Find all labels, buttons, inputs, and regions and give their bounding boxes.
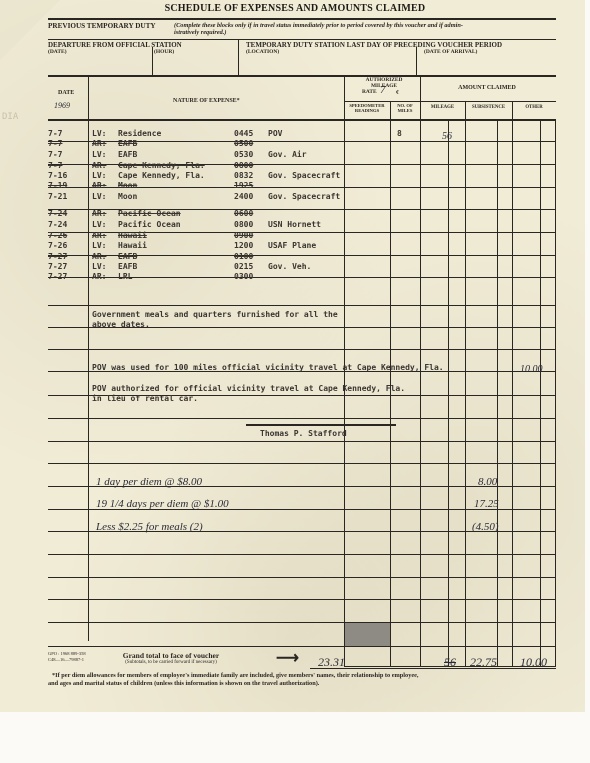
grid-row-rule bbox=[48, 441, 556, 442]
entry-action: LV: bbox=[92, 241, 106, 250]
rate-value: 7 bbox=[380, 84, 386, 96]
entry-date: 7-21 bbox=[48, 192, 67, 201]
subsistence-header: SUBSISTENCE bbox=[465, 105, 512, 110]
grid-row-rule bbox=[48, 349, 556, 350]
footnote: *If per diem allowances for members of e… bbox=[52, 672, 419, 679]
divider bbox=[416, 47, 417, 75]
side-mark: DIA bbox=[2, 112, 18, 122]
entry-place: Hawaii bbox=[118, 241, 147, 250]
remark-pov-used: POV was used for 100 miles official vici… bbox=[92, 363, 444, 372]
entry-mode: Gov. Spacecraft bbox=[268, 192, 340, 201]
grid-line bbox=[88, 76, 89, 641]
entry-date: 7-24 bbox=[48, 220, 67, 229]
entry-date: 7-19 bbox=[48, 181, 67, 190]
entry-place: LRL bbox=[118, 272, 132, 281]
col-date-header: DATE bbox=[58, 90, 74, 96]
grand-total-label: Grand total to face of voucher bbox=[106, 651, 236, 660]
entry-time: 0800 bbox=[234, 161, 253, 170]
entry-date: 7-27 bbox=[48, 252, 67, 261]
entry-time: 0445 bbox=[234, 129, 253, 138]
title-rule bbox=[48, 18, 556, 20]
grid-row-rule bbox=[48, 646, 556, 647]
signature-name: Thomas P. Stafford bbox=[260, 429, 347, 438]
entry-place: EAFB bbox=[118, 139, 137, 148]
entry-action: LV: bbox=[92, 192, 106, 201]
grid-line bbox=[555, 120, 556, 666]
grid-row-rule bbox=[48, 463, 556, 464]
tdy-location-label: (LOCATION) bbox=[246, 49, 279, 55]
entry-mode: USAF Plane bbox=[268, 241, 316, 250]
entry-time: 2400 bbox=[234, 192, 253, 201]
entry-action: AR: bbox=[92, 181, 106, 190]
entry-mode: USN Hornett bbox=[268, 220, 321, 229]
entry-date: 7-26 bbox=[48, 231, 67, 240]
entry-action: AR: bbox=[92, 139, 106, 148]
signature-line bbox=[246, 424, 396, 426]
remark-meals: Government meals and quarters furnished … bbox=[92, 310, 338, 319]
departure-hour-label: (HOUR) bbox=[154, 49, 174, 55]
rule bbox=[344, 101, 556, 102]
handwritten-line: 19 1/4 days per diem @ $1.00 bbox=[96, 498, 229, 510]
entry-mileage-amount: 56 bbox=[442, 131, 452, 142]
entry-date: 7-16 bbox=[48, 171, 67, 180]
entry-place: EAFB bbox=[118, 150, 137, 159]
handwritten-amount: 8.00 bbox=[478, 476, 497, 488]
speedometer-header-2: READINGS bbox=[344, 108, 390, 113]
header-bottom-rule bbox=[48, 119, 556, 121]
entry-time: 0530 bbox=[234, 150, 253, 159]
entry-action: AR: bbox=[92, 161, 106, 170]
rate-label: RATE bbox=[362, 89, 377, 95]
entry-action: LV: bbox=[92, 150, 106, 159]
entry-miles: 8 bbox=[397, 129, 402, 138]
entry-date: 7-7 bbox=[48, 161, 62, 170]
entry-date: 7-26 bbox=[48, 241, 67, 250]
remark-pov-authorized-2: in lieu of rental car. bbox=[92, 394, 198, 403]
entry-date: 7-7 bbox=[48, 150, 62, 159]
entry-time: 0800 bbox=[234, 220, 253, 229]
form-code: GPO : 1968 889-358 bbox=[48, 651, 86, 656]
page-title: SCHEDULE OF EXPENSES AND AMOUNTS CLAIMED bbox=[0, 3, 590, 14]
entry-action: LV: bbox=[92, 129, 106, 138]
departure-label: DEPARTURE FROM OFFICIAL STATION bbox=[48, 41, 182, 49]
col-nature-header: NATURE OF EXPENSE* bbox=[173, 98, 240, 104]
arrow-right-icon: ⟶ bbox=[276, 648, 299, 668]
total-underline bbox=[310, 668, 556, 669]
previous-duty-note-2: istratively required.) bbox=[174, 29, 226, 36]
mileage-header: MILEAGE bbox=[420, 105, 465, 110]
entry-place: Pacific Ocean bbox=[118, 220, 181, 229]
entry-place: Residence bbox=[118, 129, 161, 138]
entry-place: Cape Kennedy, Fla. bbox=[118, 161, 205, 170]
previous-duty-label: PREVIOUS TEMPORARY DUTY bbox=[48, 22, 156, 30]
entry-place: Pacific Ocean bbox=[118, 209, 181, 218]
grid-row-rule bbox=[48, 554, 556, 555]
entry-time: 1200 bbox=[234, 241, 253, 250]
grid-line bbox=[465, 101, 466, 666]
entry-time: 0600 bbox=[234, 209, 253, 218]
grid-row-rule bbox=[48, 599, 556, 600]
entry-mode: Gov. Veh. bbox=[268, 262, 311, 271]
grid-row-rule bbox=[48, 622, 556, 623]
handwritten-amount: 17.25 bbox=[474, 498, 499, 510]
grid-row-rule bbox=[48, 418, 556, 419]
entry-time: 1925 bbox=[234, 181, 253, 190]
entry-time: 0832 bbox=[234, 171, 253, 180]
entry-date: 7-27 bbox=[48, 262, 67, 271]
tdy-arrival-label: (DATE OF ARRIVAL) bbox=[424, 49, 477, 55]
amount-claimed-header: AMOUNT CLAIMED bbox=[418, 85, 556, 91]
entry-place: Hawaii bbox=[118, 231, 147, 240]
pov-used-amount: 10.00 bbox=[520, 364, 543, 375]
entry-date: 7-7 bbox=[48, 129, 62, 138]
entry-mode: Gov. Spacecraft bbox=[268, 171, 340, 180]
shaded-cell bbox=[345, 623, 390, 646]
grid-line bbox=[448, 120, 449, 666]
entry-time: 0100 bbox=[234, 252, 253, 261]
entry-place: Cape Kennedy, Fla. bbox=[118, 171, 205, 180]
grid-line bbox=[497, 120, 498, 666]
departure-date-label: (DATE) bbox=[48, 49, 67, 55]
grid-line bbox=[540, 120, 541, 666]
grid-row-rule bbox=[48, 577, 556, 578]
entry-action: LV: bbox=[92, 171, 106, 180]
entry-action: AR: bbox=[92, 209, 106, 218]
entry-action: LV: bbox=[92, 262, 106, 271]
entry-time: 0500 bbox=[234, 139, 253, 148]
rule bbox=[48, 75, 556, 77]
previous-duty-note: (Complete these blocks only if in travel… bbox=[174, 22, 463, 29]
entry-time: 0900 bbox=[234, 231, 253, 240]
tdy-station-label: TEMPORARY DUTY STATION LAST DAY OF PRECE… bbox=[246, 41, 502, 49]
handwritten-line: 1 day per diem @ $8.00 bbox=[96, 476, 202, 488]
entry-mode: POV bbox=[268, 129, 282, 138]
entry-date: 7-7 bbox=[48, 139, 62, 148]
year-value: 1969 bbox=[54, 101, 70, 110]
form-code-2: C48—16—79887-1 bbox=[48, 657, 84, 662]
divider bbox=[238, 40, 239, 75]
entry-action: LV: bbox=[92, 220, 106, 229]
entry-date: 7-27 bbox=[48, 272, 67, 281]
grid-line bbox=[512, 101, 513, 666]
entry-place: EAFB bbox=[118, 252, 137, 261]
handwritten-amount: (4.50) bbox=[472, 521, 499, 533]
entry-time: 0215 bbox=[234, 262, 253, 271]
handwritten-line: Less $2.25 for meals (2) bbox=[96, 521, 203, 533]
grid-row-rule bbox=[48, 305, 556, 306]
grand-total-sublabel: (Subtotals, to be carried forward if nec… bbox=[96, 660, 246, 665]
remark-pov-authorized: POV authorized for official vicinity tra… bbox=[92, 384, 405, 393]
entry-place: Moon bbox=[118, 192, 137, 201]
miles-header-2: MILES bbox=[390, 108, 420, 113]
entry-date: 7-24 bbox=[48, 209, 67, 218]
entry-place: Moon bbox=[118, 181, 137, 190]
entry-action: AR: bbox=[92, 252, 106, 261]
entry-mode: Gov. Air bbox=[268, 150, 307, 159]
remark-meals-2: above dates. bbox=[92, 320, 150, 329]
entry-action: AR: bbox=[92, 272, 106, 281]
footnote-2: and ages and marital status of children … bbox=[48, 680, 319, 687]
entry-time: 0300 bbox=[234, 272, 253, 281]
rate-unit: ¢ bbox=[396, 90, 399, 96]
entry-action: AR: bbox=[92, 231, 106, 240]
other-header: OTHER bbox=[512, 105, 556, 110]
entry-place: EAFB bbox=[118, 262, 137, 271]
